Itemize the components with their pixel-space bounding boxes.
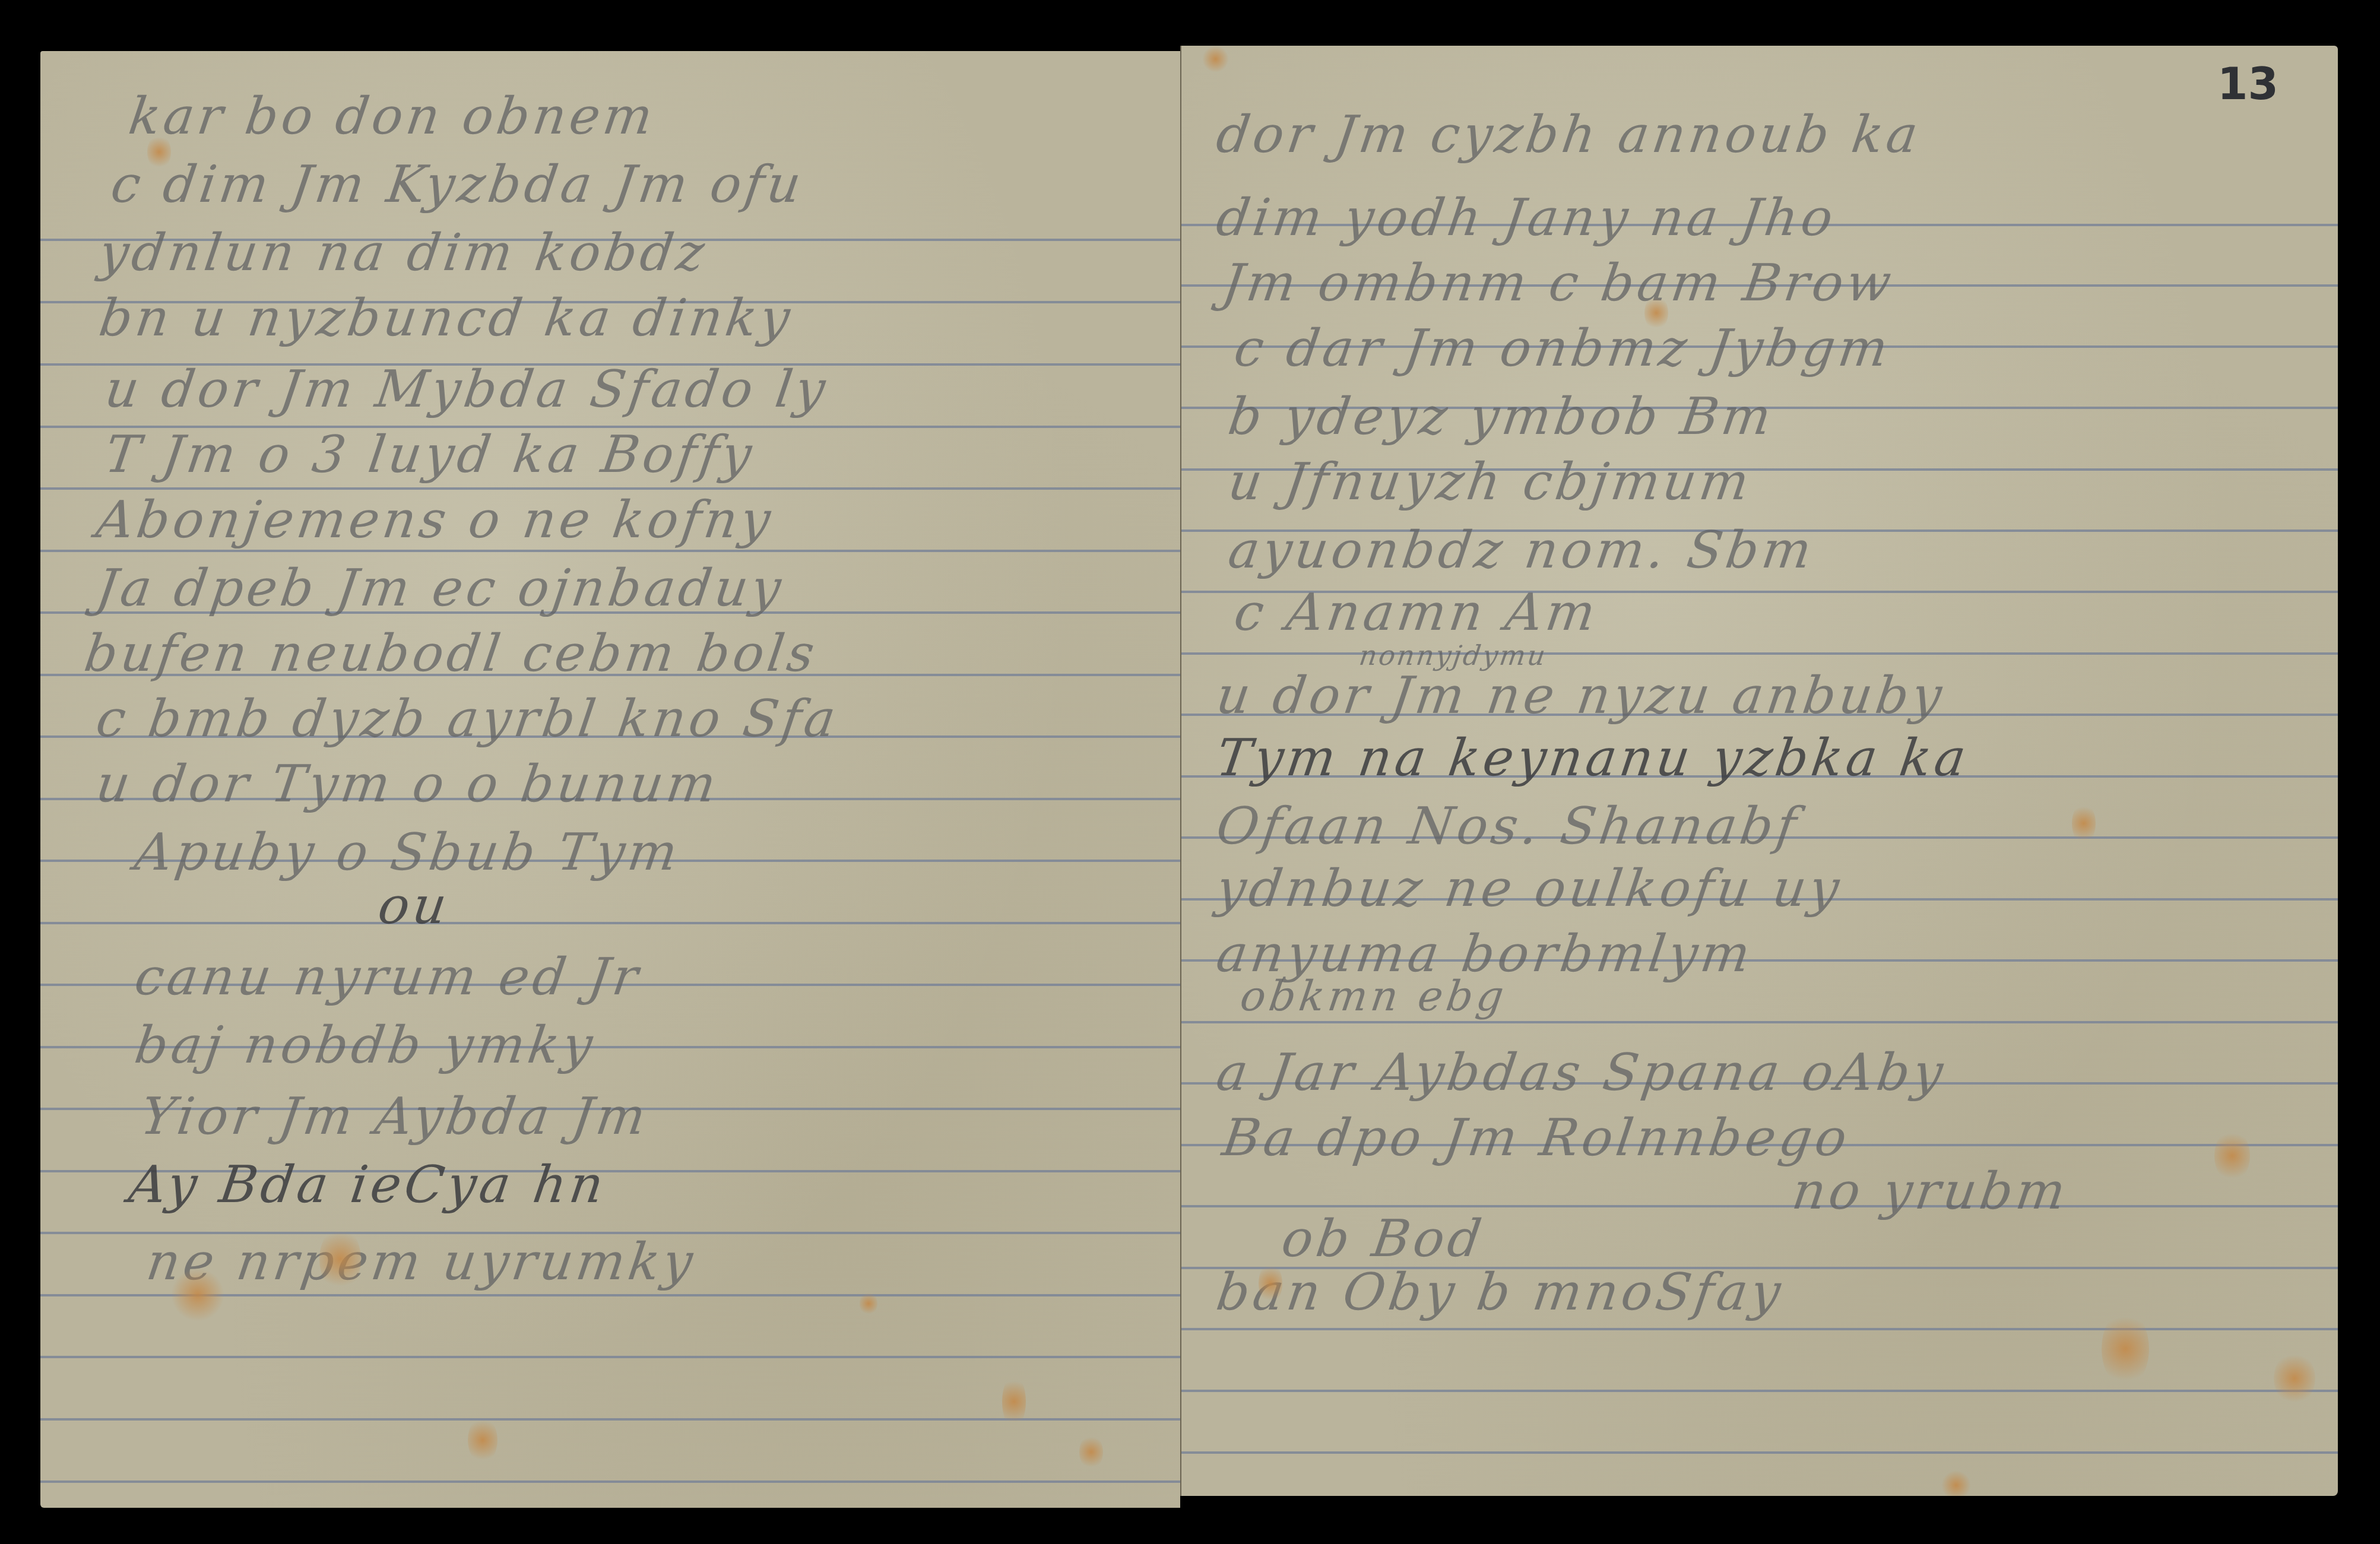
- handwritten-line: kar bo don obnem: [125, 87, 1180, 146]
- handwritten-line: bufen neubodl cebm bols: [81, 624, 1180, 683]
- handwritten-line: ne nrpem uyrumky: [143, 1232, 1180, 1292]
- handwritten-line: u dor Tym o o bunum: [93, 754, 1180, 814]
- foxing-stain: [1644, 295, 1668, 331]
- foxing-stain: [1259, 1263, 1282, 1304]
- right-notebook-page: 13 dor Jm cyzbh annoub ka dim yodh Jany …: [1181, 46, 2338, 1496]
- handwritten-line: c dar Jm onbmz Jybgm: [1231, 319, 2338, 378]
- foxing-stain: [1941, 1470, 1971, 1496]
- handwritten-line: u dor Jm ne nyzu anbuby: [1213, 666, 2338, 725]
- handwritten-line: c dim Jm Kyzbda Jm ofu: [107, 155, 1180, 214]
- handwritten-line: ban Oby b mnoSfay: [1213, 1263, 2338, 1322]
- ruled-line: [40, 550, 1180, 552]
- handwritten-line: u Jfnuyzh cbjmum: [1225, 452, 2338, 512]
- foxing-stain: [860, 1292, 877, 1315]
- foxing-stain: [1079, 1434, 1103, 1470]
- handwritten-line: dim yodh Jany na Jho: [1213, 188, 2338, 248]
- foxing-stain: [2072, 803, 2096, 844]
- ruled-line: [40, 1356, 1180, 1358]
- page-number: 13: [2217, 59, 2278, 110]
- foxing-stain: [2102, 1310, 2149, 1387]
- handwritten-line: canu nyrum ed Jr: [131, 947, 1180, 1007]
- foxing-stain: [147, 134, 171, 170]
- handwritten-line: u dor Jm Mybda Sfado ly: [102, 360, 1180, 419]
- foxing-stain: [171, 1268, 224, 1321]
- handwritten-line: ydnlun na dim kobdz: [96, 223, 1180, 283]
- handwritten-line: obkmn ebg: [1237, 972, 2338, 1020]
- handwritten-line: ayuonbdz nom. Sbm: [1225, 521, 2338, 580]
- ruled-line: [1181, 1328, 2338, 1330]
- ruled-line: [1181, 1451, 2338, 1454]
- foxing-stain: [1002, 1375, 1026, 1428]
- handwritten-line: bn u nyzbuncd ka dinky: [96, 288, 1180, 348]
- ruled-line: [1181, 1021, 2338, 1023]
- ruled-line: [1181, 1390, 2338, 1392]
- foxing-stain: [319, 1226, 361, 1292]
- handwritten-line: dor Jm cyzbh annoub ka: [1213, 105, 2338, 164]
- handwritten-line: Jm ombnm c bam Brow: [1219, 253, 2338, 313]
- foxing-stain: [2274, 1352, 2315, 1405]
- handwritten-line: Yior Jm Aybda Jm: [137, 1087, 1180, 1146]
- handwritten-line: Apuby o Sbub Tym: [131, 823, 1180, 882]
- ruled-line: [40, 487, 1180, 490]
- handwritten-line: Abonjemens o ne kofny: [93, 490, 1180, 550]
- foxing-stain: [2214, 1129, 2250, 1182]
- handwritten-line: Tym na keynanu yzbka ka: [1213, 728, 2338, 788]
- handwritten-line: ydnbuz ne oulkofu uy: [1213, 859, 2338, 918]
- handwritten-line: no yrubm: [1789, 1162, 2338, 1221]
- handwritten-line: c bmb dyzb ayrbl kno Sfa: [93, 689, 1180, 749]
- handwritten-line: a Jar Aybdas Spana oAby: [1213, 1043, 2338, 1102]
- handwritten-line: ou: [375, 876, 1180, 936]
- left-notebook-page: kar bo don obnem c dim Jm Kyzbda Jm ofu …: [40, 51, 1180, 1508]
- handwritten-line: Ay Bda ieCya hn: [125, 1155, 1180, 1215]
- handwritten-line: Ja dpeb Jm ec ojnbaduy: [93, 559, 1180, 618]
- handwritten-line: T Jm o 3 luyd ka Boffy: [102, 425, 1180, 484]
- foxing-stain: [468, 1416, 497, 1464]
- ruled-line: [40, 1480, 1180, 1483]
- handwritten-line: c Anamn Am: [1231, 583, 2338, 642]
- handwritten-line: b ydeyz ymbob Bm: [1225, 387, 2338, 446]
- handwritten-line: baj nobdb ymky: [131, 1016, 1180, 1075]
- foxing-stain: [1202, 46, 1229, 72]
- handwritten-line: Ofaan Nos. Shanabf: [1213, 797, 2338, 856]
- handwritten-line: Ba dpo Jm Rolnnbego: [1219, 1108, 2338, 1168]
